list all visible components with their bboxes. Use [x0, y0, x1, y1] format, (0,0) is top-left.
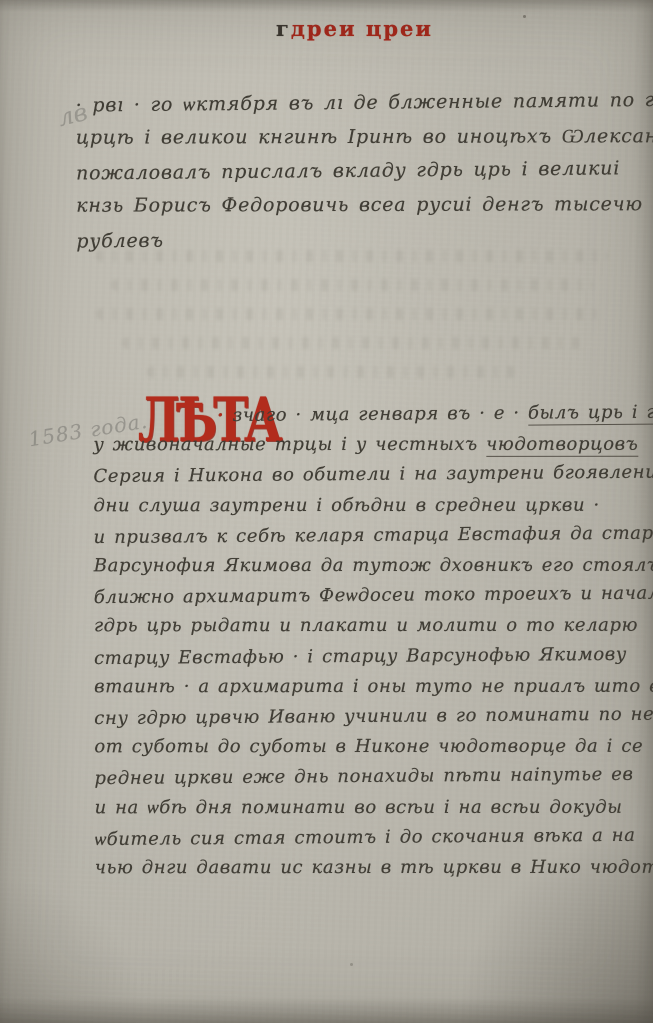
manuscript-page-photo: гдреи цреи лв · рвı · го ѡктября въ лı д…: [0, 0, 653, 1023]
heading-initial-letter: г: [276, 16, 291, 41]
manuscript-text-line: црцѣ і великои кнгинѣ Іринѣ во иноцѣхъ Ѡ…: [76, 119, 600, 154]
ink-speck: [523, 15, 526, 18]
manuscript-text-line: и призвалъ к себѣ келаря старца Евстафия…: [94, 519, 614, 553]
manuscript-text-line: сну гдрю црвчю Иваню учинили в го помина…: [94, 700, 614, 734]
ink-speck: [92, 237, 95, 241]
manuscript-text-line: · зчаго · мца генваря въ · е · былъ црь …: [93, 398, 613, 432]
bleedthrough-line: [96, 308, 598, 320]
line-text: и призвалъ к себѣ келаря старца Евстафия…: [94, 522, 653, 548]
line-text: чью днги давати ис казны в тѣ цркви в Ни…: [95, 857, 653, 879]
line-text: Сергия і Никона во обители і на заутрени…: [93, 462, 653, 488]
entry-record-1583-lines: · зчаго · мца генваря въ · е · былъ црь …: [93, 399, 615, 884]
manuscript-text-line: от суботы до суботы в Никоне чюдотворце …: [94, 732, 614, 763]
manuscript-text-line: реднеи цркви еже днь понахиды пѣти наіпу…: [94, 760, 614, 794]
line-text: у живоначалные трцы і у честныхъ: [93, 434, 486, 455]
manuscript-text-line: кнзь Борисъ Федоровичь всеа русиі денгъ …: [76, 187, 600, 222]
manuscript-text-line: ближно архимаритъ Феѡдосеи токо троеихъ …: [94, 579, 614, 613]
manuscript-text-line: · рвı · го ѡктября въ лı де блженные пам…: [75, 83, 599, 122]
heading-rubric-text: дреи цреи: [291, 16, 433, 41]
manuscript-text-line: ѡбитель сия стая стоитъ і до скочания вѣ…: [95, 821, 615, 855]
entry-record-top: · рвı · го ѡктября въ лı де блженные пам…: [76, 85, 601, 258]
line-text: Варсунофия Якимова да тутож дховникъ его…: [94, 555, 653, 576]
manuscript-text-line: чью днги давати ис казны в тѣ цркви в Ни…: [95, 853, 615, 884]
bleedthrough-line: [147, 366, 516, 378]
bleedthrough-line: [111, 279, 592, 291]
manuscript-text-line: Сергия і Никона во обители і на заутрени…: [93, 458, 613, 492]
line-text: дни слуша заутрени і обѣдни в среднеи цр…: [94, 494, 600, 515]
line-text: втаинѣ · а архимарита і оны туто не приа…: [94, 676, 653, 698]
bleedthrough-ghost-text: [96, 250, 608, 390]
manuscript-text-line: рублевъ: [76, 219, 600, 258]
line-text: и на ѡбѣ дня поминати во всѣи і на всѣи …: [95, 796, 623, 817]
line-text: от суботы до суботы в Никоне чюдотворце …: [94, 736, 643, 757]
line-text: гдрь црь рыдати и плакати и молити о то …: [94, 615, 638, 636]
line-text: старцу Евстафью · і старцу Варсунофью Як…: [94, 643, 627, 668]
manuscript-text-line: Варсунофия Якимова да тутож дховникъ его…: [94, 551, 614, 582]
line-text: сну гдрю црвчю Иваню учинили в го помина…: [94, 703, 653, 729]
manuscript-text-line: гдрь црь рыдати и плакати и молити о то …: [94, 611, 614, 642]
manuscript-text-line: втаинѣ · а архимарита і оны туто не приа…: [94, 672, 614, 703]
line-text: ѡбитель сия стая стоитъ і до скочания вѣ…: [95, 825, 636, 850]
entry-record-1583: ЛѢТА · зчаго · мца генваря въ · е · былъ…: [94, 400, 614, 883]
manuscript-text-line: дни слуша заутрени і обѣдни в среднеи цр…: [94, 490, 614, 521]
manuscript-text-line: старцу Евстафью · і старцу Варсунофью Як…: [94, 640, 614, 674]
line-text: реднеи цркви еже днь понахиды пѣти наіпу…: [94, 764, 633, 789]
line-text: зчаго · мца генваря въ · е ·: [224, 403, 528, 426]
heading-rubric: гдреи цреи: [28, 16, 653, 42]
bleedthrough-line: [122, 337, 583, 349]
manuscript-text-line: у живоначалные трцы і у честныхъ чюдотво…: [93, 430, 613, 461]
manuscript-text-line: и на ѡбѣ дня поминати во всѣи і на всѣи …: [95, 792, 615, 823]
line-text: ближно архимаритъ Феѡдосеи токо троеихъ …: [94, 583, 653, 609]
ink-speck: [350, 963, 353, 966]
manuscript-text-line: пожаловалъ прислалъ вкладу гдрь црь і ве…: [76, 151, 600, 190]
underlined-line-text: былъ црь і гдрь: [528, 401, 653, 425]
underlined-line-text: чюдотворцовъ: [486, 434, 638, 457]
